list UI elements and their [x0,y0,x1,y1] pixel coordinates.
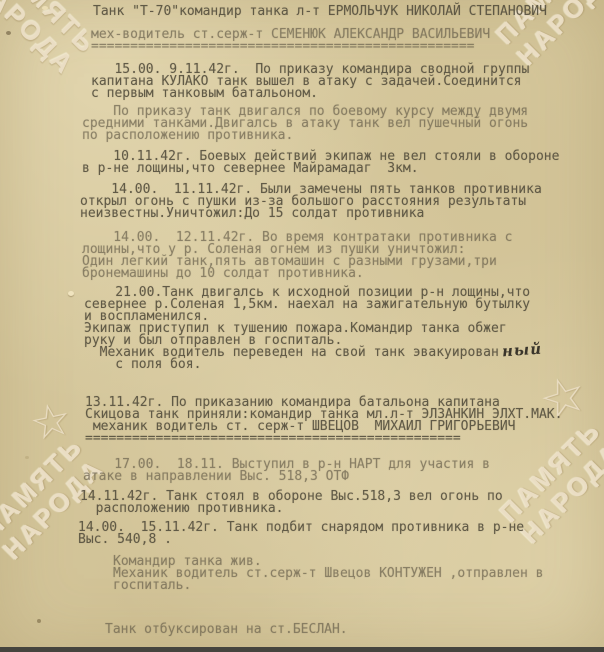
star-icon: ☆ [25,390,77,451]
entry-18-11-nart-attack: 17.00. 18.11. Выступил в р-н НАРТ для уч… [83,459,490,483]
entry-attack-course: По приказу танк двигался по боевому курс… [82,106,528,142]
entry-15-11-42-tank-hit: 14.00. 15.11.42г. Танк подбит снарядом п… [78,522,524,546]
entry-12-11-42-counterattack: 14.00. 12.11.42г. Во время контратаки пр… [82,232,512,280]
scanned-document-page: ПАМЯТЬ НАРОДА ПАМЯТЬ НАРОДА ПАМЯТЬ НАРОД… [0,0,604,652]
paper-speck [68,291,74,296]
scan-edge-bottom [0,647,604,652]
entry-11-11-42-enemy-tanks: 14.00. 11.11.42г. Были замечены пять тан… [80,184,542,220]
entry-14-11-42-defense: 14.11.42г. Танк стоял в обороне Выс.518,… [80,491,503,515]
entry-crew-status: Командир танка жив. Механик водитель ст.… [113,556,543,592]
paper-speck [6,31,11,35]
handwritten-correction: ный [501,340,542,361]
paper-speck [42,6,48,10]
entry-13-11-42-crew-change: 13.11.42г. По приказанию командира батал… [85,397,562,445]
entry-10-11-42-defense: 10.11.42г. Боевых действий экипаж не вел… [82,151,559,175]
paper-speck [37,619,41,623]
entry-09-11-42-attack-order: 15.00. 9.11.42г. По приказу командира св… [91,64,529,100]
tank-and-commander-line: Танк "Т-70"командир танка л-т ЕРМОЛЬЧУК … [93,6,547,18]
paper-speck [25,456,29,459]
separator-line-top: ========================================… [91,41,475,53]
entry-tank-towed: Танк отбуксирован на ст.БЕСЛАН. [105,624,348,636]
watermark-pamyat-naroda-top-left: ПАМЯТЬ НАРОДА [0,0,103,81]
entry-21-00-tank-fire: 21.00.Танк двигалсь к исходной позиции р… [84,287,530,371]
